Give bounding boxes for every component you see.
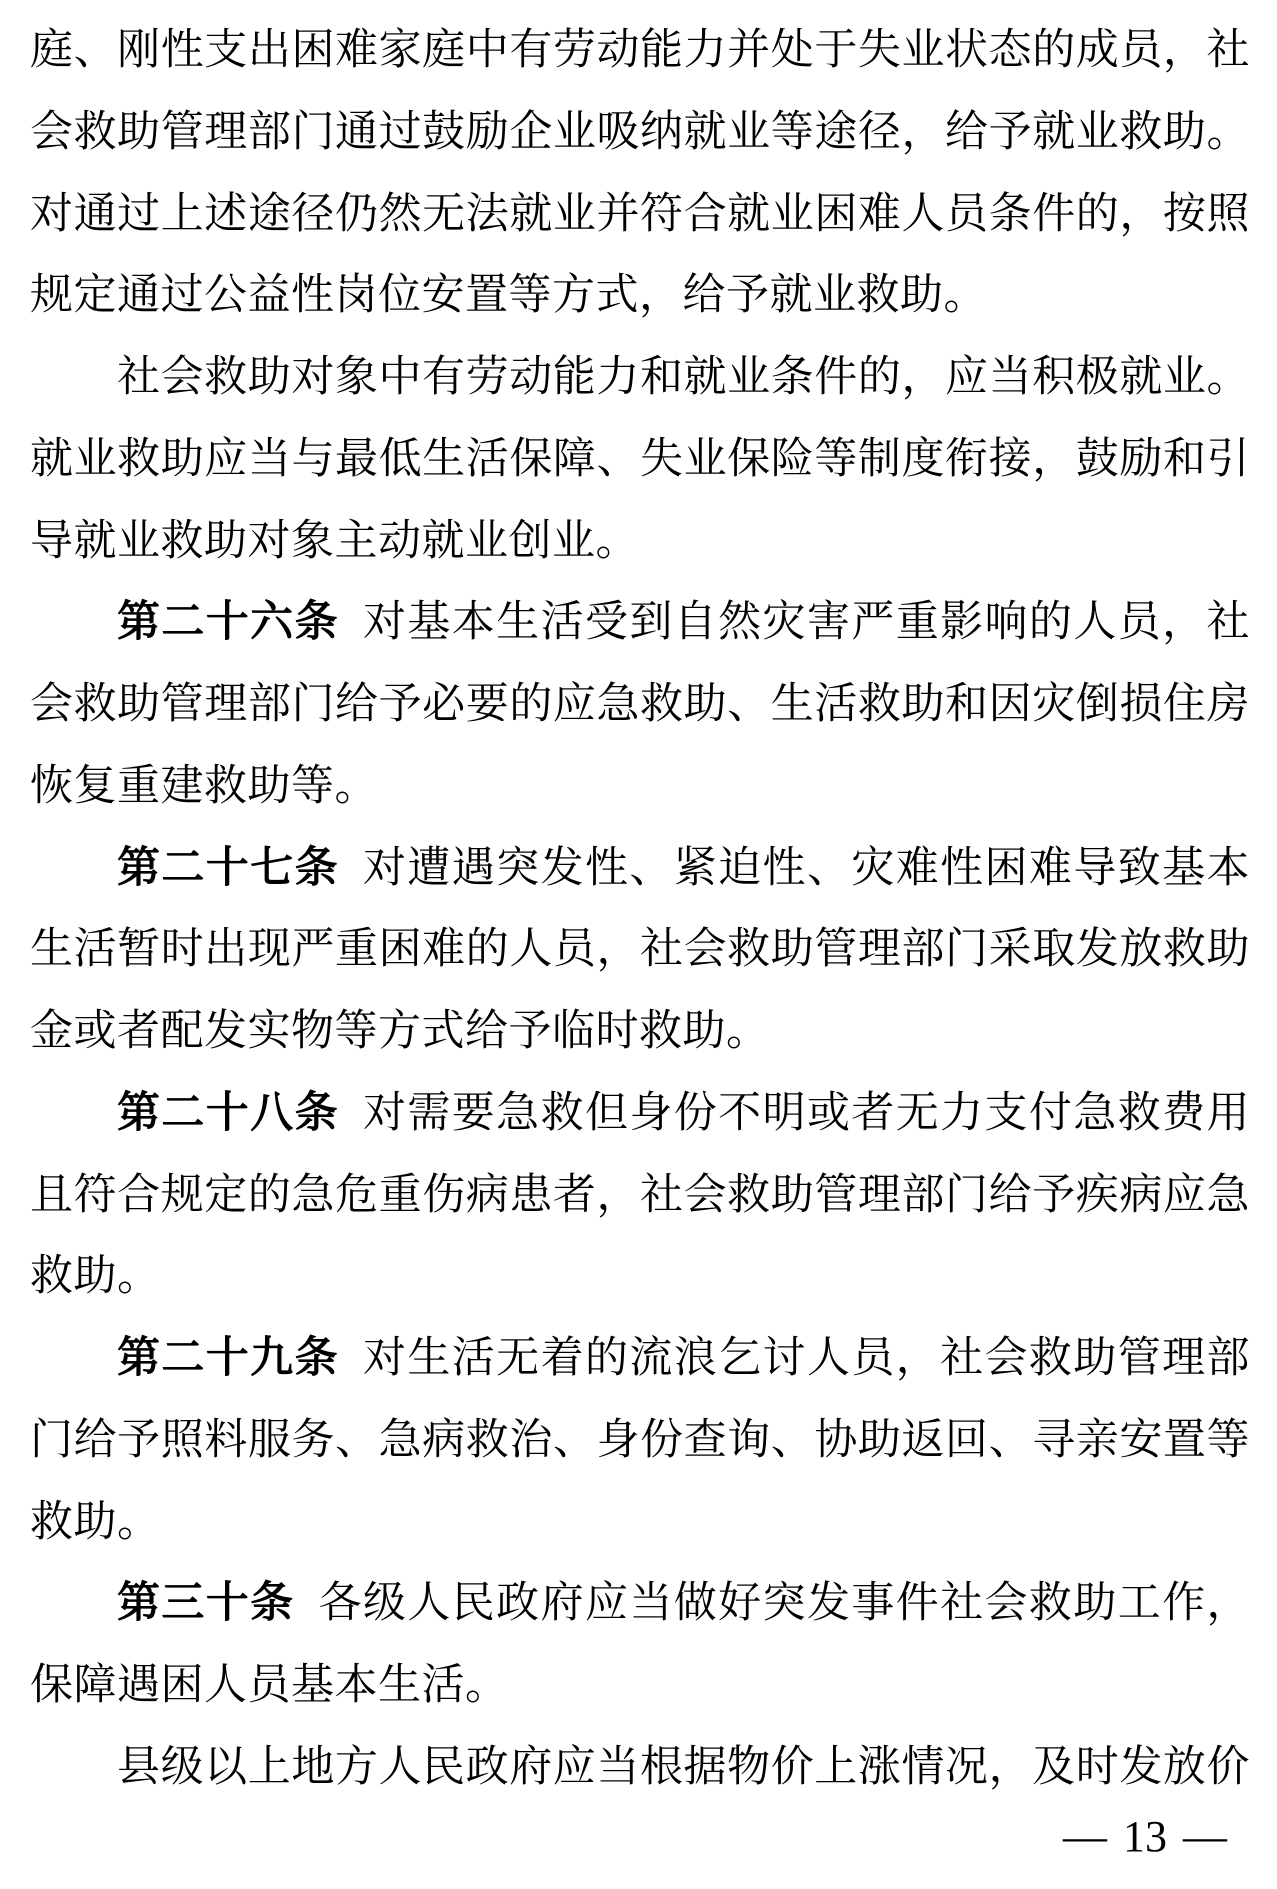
line-text: 各级人民政府应当做好突发事件社会救助工作， xyxy=(319,1580,1250,1627)
text-line: 第二十九条对生活无着的流浪乞讨人员，社会救助管理部 xyxy=(30,1318,1250,1400)
article-number-label: 第三十条 xyxy=(117,1579,295,1627)
text-line: 会救助管理部门通过鼓励企业吸纳就业等途径，给予就业救助。 xyxy=(30,92,1250,174)
text-line: 门给予照料服务、急病救治、身份查询、协助返回、寻亲安置等 xyxy=(30,1400,1250,1482)
text-line: 庭、刚性支出困难家庭中有劳动能力并处于失业状态的成员，社 xyxy=(30,10,1250,92)
line-text: 社会救助对象中有劳动能力和就业条件的，应当积极就业。 xyxy=(117,354,1250,401)
line-text: 就业救助应当与最低生活保障、失业保险等制度衔接，鼓励和引 xyxy=(30,436,1250,483)
line-text: 恢复重建救助等。 xyxy=(30,763,378,810)
line-text: 金或者配发实物等方式给予临时救助。 xyxy=(30,1008,770,1055)
line-text: 对通过上述途径仍然无法就业并符合就业困难人员条件的，按照 xyxy=(30,191,1250,238)
text-line: 第三十条各级人民政府应当做好突发事件社会救助工作， xyxy=(30,1563,1250,1645)
line-text: 对需要急救但身份不明或者无力支付急救费用 xyxy=(363,1090,1250,1137)
text-line: 第二十六条对基本生活受到自然灾害严重影响的人员，社 xyxy=(30,582,1250,664)
text-line: 会救助管理部门给予必要的应急救助、生活救助和因灾倒损住房 xyxy=(30,664,1250,746)
text-line: 社会救助对象中有劳动能力和就业条件的，应当积极就业。 xyxy=(30,337,1250,419)
article-number-label: 第二十八条 xyxy=(117,1089,339,1137)
text-line: 恢复重建救助等。 xyxy=(30,746,1250,828)
document-body: 庭、刚性支出困难家庭中有劳动能力并处于失业状态的成员，社会救助管理部门通过鼓励企… xyxy=(30,10,1250,1809)
line-text: 对生活无着的流浪乞讨人员，社会救助管理部 xyxy=(363,1335,1250,1382)
text-line: 第二十七条对遭遇突发性、紧迫性、灾难性困难导致基本 xyxy=(30,828,1250,910)
text-line: 保障遇困人员基本生活。 xyxy=(30,1645,1250,1727)
line-text: 且符合规定的急危重伤病患者，社会救助管理部门给予疾病应急 xyxy=(30,1172,1250,1219)
text-line: 且符合规定的急危重伤病患者，社会救助管理部门给予疾病应急 xyxy=(30,1155,1250,1237)
text-line: 金或者配发实物等方式给予临时救助。 xyxy=(30,991,1250,1073)
line-text: 对基本生活受到自然灾害严重影响的人员，社 xyxy=(363,599,1250,646)
line-text: 规定通过公益性岗位安置等方式，给予就业救助。 xyxy=(30,272,987,319)
text-line: 规定通过公益性岗位安置等方式，给予就业救助。 xyxy=(30,255,1250,337)
line-text: 门给予照料服务、急病救治、身份查询、协助返回、寻亲安置等 xyxy=(30,1417,1250,1464)
footer-dash-right: — xyxy=(1183,1812,1227,1861)
page-footer: —13— xyxy=(1063,1812,1227,1862)
article-number-label: 第二十六条 xyxy=(117,598,339,646)
text-line: 救助。 xyxy=(30,1236,1250,1318)
line-text: 会救助管理部门给予必要的应急救助、生活救助和因灾倒损住房 xyxy=(30,681,1250,728)
article-number-label: 第二十九条 xyxy=(117,1334,339,1382)
text-line: 第二十八条对需要急救但身份不明或者无力支付急救费用 xyxy=(30,1073,1250,1155)
line-text: 庭、刚性支出困难家庭中有劳动能力并处于失业状态的成员，社 xyxy=(30,27,1250,74)
text-line: 对通过上述途径仍然无法就业并符合就业困难人员条件的，按照 xyxy=(30,174,1250,256)
text-line: 就业救助应当与最低生活保障、失业保险等制度衔接，鼓励和引 xyxy=(30,419,1250,501)
line-text: 救助。 xyxy=(30,1499,161,1546)
footer-dash-left: — xyxy=(1063,1812,1107,1861)
page-number: 13 xyxy=(1123,1812,1167,1861)
line-text: 保障遇困人员基本生活。 xyxy=(30,1662,509,1709)
article-number-label: 第二十七条 xyxy=(117,844,339,892)
text-line: 生活暂时出现严重困难的人员，社会救助管理部门采取发放救助 xyxy=(30,909,1250,991)
text-line: 导就业救助对象主动就业创业。 xyxy=(30,501,1250,583)
line-text: 生活暂时出现严重困难的人员，社会救助管理部门采取发放救助 xyxy=(30,926,1250,973)
line-text: 对遭遇突发性、紧迫性、灾难性困难导致基本 xyxy=(363,845,1250,892)
text-line: 救助。 xyxy=(30,1482,1250,1564)
line-text: 县级以上地方人民政府应当根据物价上涨情况，及时发放价 xyxy=(117,1744,1250,1791)
document-page: 庭、刚性支出困难家庭中有劳动能力并处于失业状态的成员，社会救助管理部门通过鼓励企… xyxy=(0,0,1277,1889)
line-text: 救助。 xyxy=(30,1253,161,1300)
line-text: 会救助管理部门通过鼓励企业吸纳就业等途径，给予就业救助。 xyxy=(30,109,1250,156)
line-text: 导就业救助对象主动就业创业。 xyxy=(30,518,639,565)
text-line: 县级以上地方人民政府应当根据物价上涨情况，及时发放价 xyxy=(30,1727,1250,1809)
